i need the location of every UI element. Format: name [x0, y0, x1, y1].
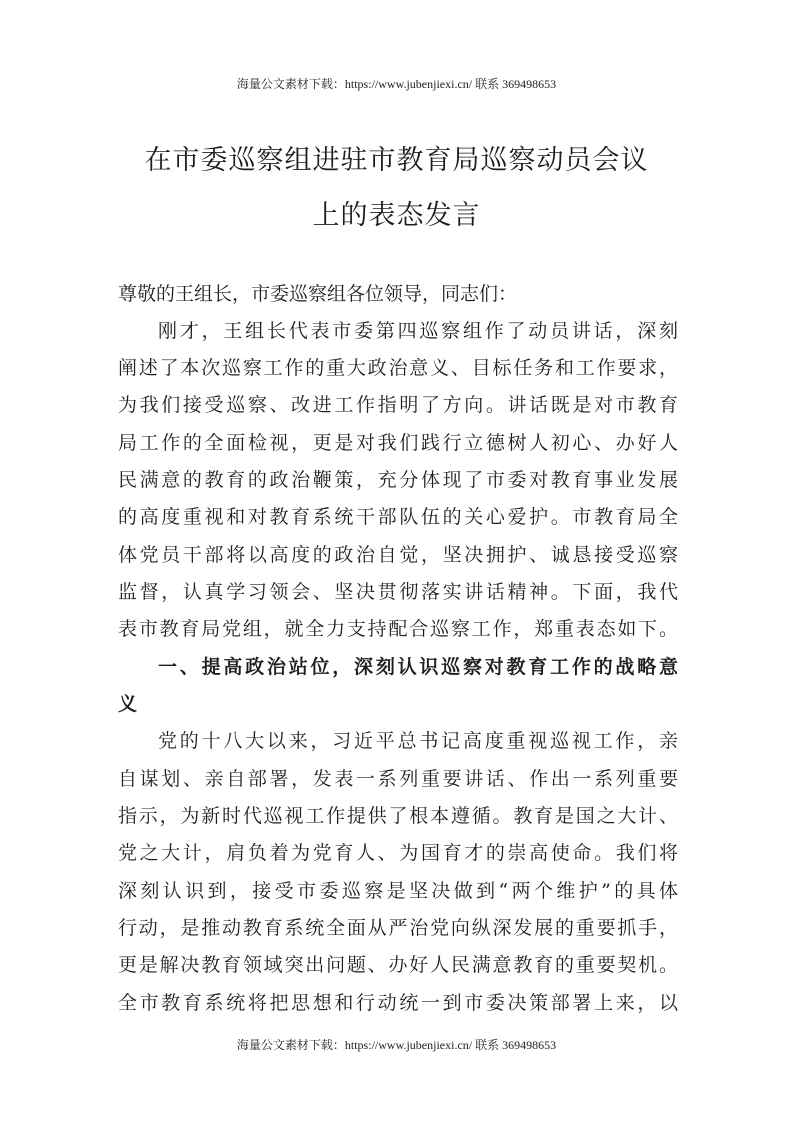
- salutation: 尊敬的王组长，市委巡察组各位领导，同志们：: [118, 282, 678, 306]
- paragraph-line: 深刻认识到，接受市委巡察是坚决做到“两个维护”的具体: [118, 879, 678, 903]
- paragraph-line: 党之大计，肩负着为党育人、为国育才的崇高使命。我们将: [118, 841, 678, 865]
- document-title-line-2: 上的表态发言: [0, 193, 793, 232]
- paragraph-line: 的高度重视和对教育系统干部队伍的关心爱护。市教育局全: [118, 505, 678, 529]
- paragraph-line: 体党员干部将以高度的政治自觉，坚决拥护、诚恳接受巡察: [118, 543, 678, 567]
- page-footer-watermark: 海量公文素材下载：https://www.jubenjiexi.cn/ 联系 3…: [0, 1036, 793, 1053]
- paragraph-line: 指示，为新时代巡视工作提供了根本遵循。教育是国之大计、: [118, 804, 678, 828]
- paragraph-line: 更是解决教育领域突出问题、办好人民满意教育的重要契机。: [118, 953, 678, 977]
- paragraph-line: 为我们接受巡察、改进工作指明了方向。讲话既是对市教育: [118, 393, 678, 417]
- section-heading-1-continued: 义: [118, 692, 678, 716]
- document-title-line-1: 在市委巡察组进驻市教育局巡察动员会议: [0, 138, 793, 177]
- section-heading-1: 一、提高政治站位，深刻认识巡察对教育工作的战略意: [158, 655, 678, 679]
- paragraph-line: 监督，认真学习领会、坚决贯彻落实讲话精神。下面，我代: [118, 580, 678, 604]
- paragraph-line: 党的十八大以来，习近平总书记高度重视巡视工作，亲: [158, 729, 678, 753]
- paragraph-line: 自谋划、亲自部署，发表一系列重要讲话、作出一系列重要: [118, 767, 678, 791]
- paragraph-line: 民满意的教育的政治鞭策，充分体现了市委对教育事业发展: [118, 468, 678, 492]
- paragraph-line: 刚才，王组长代表市委第四巡察组作了动员讲话，深刻: [158, 319, 678, 343]
- paragraph-line: 表市教育局党组，就全力支持配合巡察工作，郑重表态如下。: [118, 617, 678, 641]
- paragraph-line: 行动，是推动教育系统全面从严治党向纵深发展的重要抓手，: [118, 916, 678, 940]
- paragraph-line: 阐述了本次巡察工作的重大政治意义、目标任务和工作要求，: [118, 356, 678, 380]
- paragraph-line: 局工作的全面检视，更是对我们践行立德树人初心、办好人: [118, 431, 678, 455]
- paragraph-line: 全市教育系统将把思想和行动统一到市委决策部署上来，以: [118, 991, 678, 1015]
- page-header-watermark: 海量公文素材下载：https://www.jubenjiexi.cn/ 联系 3…: [0, 75, 793, 92]
